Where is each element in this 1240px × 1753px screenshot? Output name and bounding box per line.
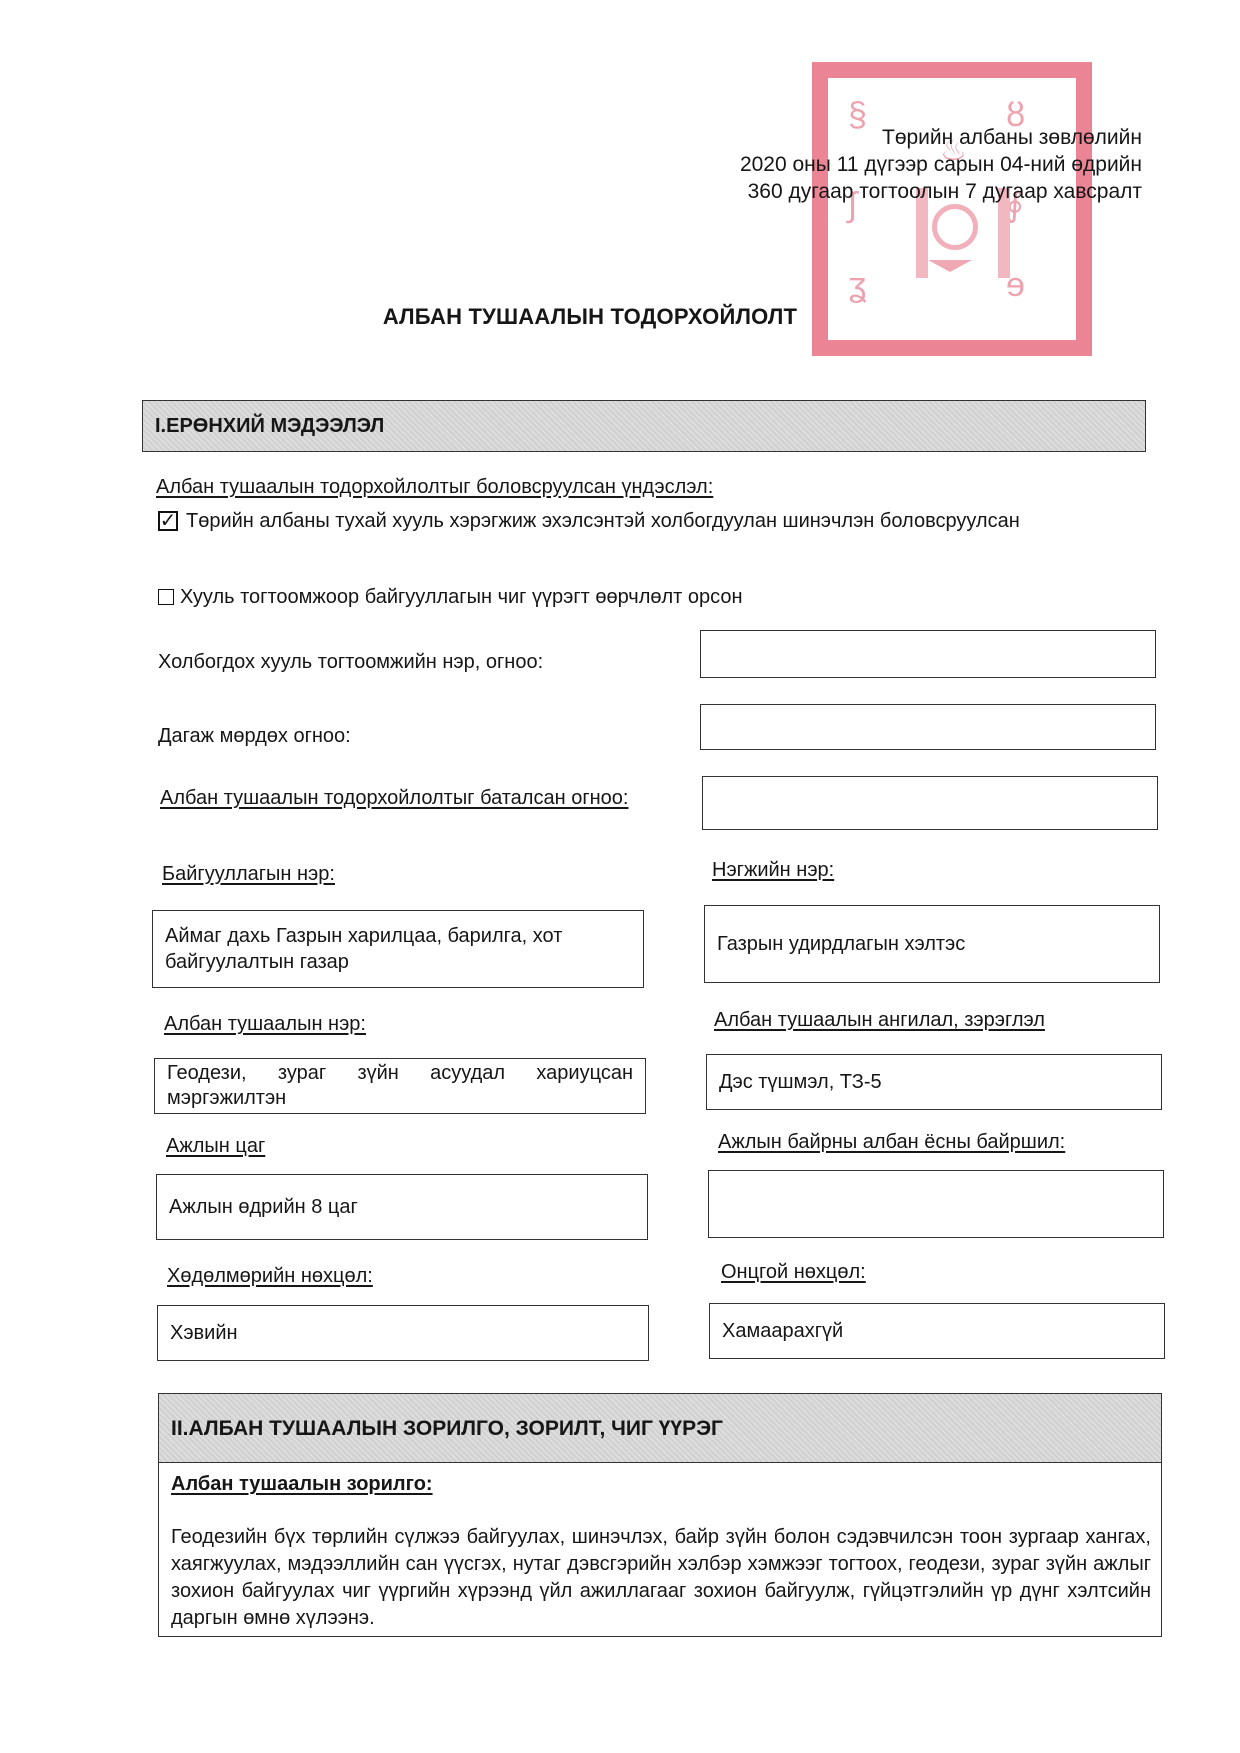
work-conditions-label: Хөдөлмөрийн нөхцөл:: [167, 1262, 373, 1290]
work-location-value: [709, 1171, 1163, 1237]
document-title-text: АЛБАН ТУШААЛЫН ТОДОРХОЙЛОЛТ: [383, 304, 797, 329]
unit-field[interactable]: Газрын удирдлагын хэлтэс: [704, 905, 1160, 983]
work-location-field[interactable]: [708, 1170, 1164, 1238]
related-law-label: Холбогдох хууль тогтоомжийн нэр, огноо:: [158, 648, 543, 676]
approved-date-value: [703, 777, 1157, 829]
organization-value: Аймаг дахь Газрын харилцаа, барилга, хот…: [153, 911, 643, 987]
stamp-ornament-left-icon: ʓ: [848, 268, 867, 302]
effective-date-value: [701, 705, 1155, 749]
work-location-label: Ажлын байрны албан ёсны байршил:: [718, 1128, 1065, 1156]
organization-field[interactable]: Аймаг дахь Газрын харилцаа, барилга, хот…: [152, 910, 644, 988]
work-conditions-field[interactable]: Хэвийн: [157, 1305, 649, 1361]
basis-option-2[interactable]: Хууль тогтоомжоор байгууллагын чиг үүрэг…: [158, 584, 743, 610]
section-1-header: I.ЕРӨНХИЙ МЭДЭЭЛЭЛ: [142, 400, 1146, 452]
basis-option-1-label: Төрийн албаны тухай хууль хэрэгжиж эхэлс…: [186, 508, 1136, 534]
document-title: АЛБАН ТУШААЛЫН ТОДОРХОЙЛОЛТ: [0, 304, 1240, 330]
effective-date-label: Дагаж мөрдөх огноо:: [158, 722, 351, 750]
work-hours-label: Ажлын цаг: [166, 1132, 265, 1160]
section-2-title: II.АЛБАН ТУШААЛЫН ЗОРИЛГО, ЗОРИЛТ, ЧИГ Ү…: [171, 1417, 723, 1441]
work-hours-field[interactable]: Ажлын өдрийн 8 цаг: [156, 1174, 648, 1240]
approval-line: 360 дугаар тогтоолын 7 дугаар хавсралт: [740, 178, 1142, 205]
position-field[interactable]: Геодези, зураг зүйн асуудал хариуцсан мэ…: [154, 1058, 646, 1114]
stamp-triangle-icon: [928, 260, 972, 272]
related-law-value: [701, 631, 1155, 677]
goal-label: Албан тушаалын зорилго:: [171, 1473, 1151, 1496]
basis-option-1[interactable]: ✓ Төрийн албаны тухай хууль хэрэгжиж эхэ…: [158, 508, 1138, 534]
state-emblem-seal-icon: § ∫ ʓ ȣ ∮ ɘ ♨: [828, 78, 1076, 340]
unit-value: Газрын удирдлагын хэлтэс: [705, 906, 1159, 982]
approval-note: Төрийн албаны зөвлөлийн 2020 оны 11 дүгэ…: [740, 124, 1142, 205]
section-1-title: I.ЕРӨНХИЙ МЭДЭЭЛЭЛ: [155, 415, 384, 438]
stamp-yin-yang-icon: [932, 204, 978, 250]
goal-text: Геодезийн бүх төрлийн сүлжээ байгуулах, …: [171, 1524, 1151, 1632]
section-2-header: II.АЛБАН ТУШААЛЫН ЗОРИЛГО, ЗОРИЛТ, ЧИГ Ү…: [158, 1393, 1162, 1463]
approved-date-label: Албан тушаалын тодорхойлолтыг баталсан о…: [160, 784, 690, 813]
organization-label: Байгууллагын нэр:: [162, 860, 335, 888]
approved-date-field[interactable]: [702, 776, 1158, 830]
basis-option-2-label: Хууль тогтоомжоор байгууллагын чиг үүрэг…: [180, 584, 743, 610]
section-2-body: Албан тушаалын зорилго: Геодезийн бүх тө…: [158, 1462, 1162, 1637]
special-conditions-value: Хамаарахгүй: [710, 1304, 1164, 1358]
work-hours-value: Ажлын өдрийн 8 цаг: [157, 1175, 647, 1239]
approval-line: 2020 оны 11 дүгээр сарын 04-ний өдрийн: [740, 151, 1142, 178]
classification-label: Албан тушаалын ангилал, зэрэглэл: [714, 1006, 1045, 1034]
approval-line: Төрийн албаны зөвлөлийн: [740, 124, 1142, 151]
classification-value: Дэс түшмэл, ТЗ-5: [707, 1055, 1161, 1109]
work-conditions-value: Хэвийн: [158, 1306, 648, 1360]
effective-date-field[interactable]: [700, 704, 1156, 750]
checkbox-unchecked[interactable]: [158, 589, 174, 605]
unit-label: Нэгжийн нэр:: [712, 856, 834, 884]
position-label: Албан тушаалын нэр:: [164, 1010, 366, 1038]
related-law-field[interactable]: [700, 630, 1156, 678]
special-conditions-field[interactable]: Хамаарахгүй: [709, 1303, 1165, 1359]
classification-field[interactable]: Дэс түшмэл, ТЗ-5: [706, 1054, 1162, 1110]
special-conditions-label: Онцгой нөхцөл:: [721, 1258, 866, 1286]
position-value: Геодези, зураг зүйн асуудал хариуцсан мэ…: [155, 1059, 645, 1113]
checkbox-checked[interactable]: ✓: [158, 511, 178, 531]
basis-label: Албан тушаалын тодорхойлолтыг боловсруул…: [156, 474, 713, 500]
